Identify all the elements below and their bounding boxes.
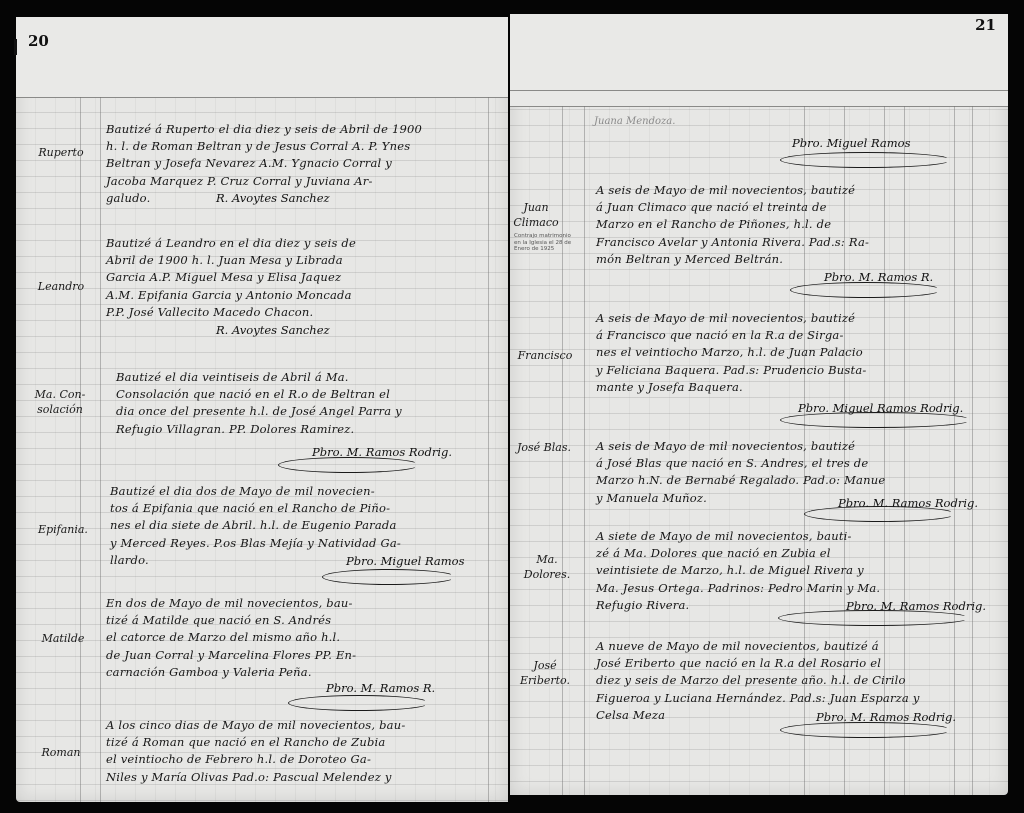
signature-flourish bbox=[278, 457, 420, 473]
entry-line: diez y seis de Marzo del presente año. h… bbox=[596, 672, 920, 689]
entry-line: Figueroa y Luciana Hernández. Pad.s: Jua… bbox=[596, 690, 920, 707]
entry-line: A seis de Mayo de mil novecientos, bauti… bbox=[596, 310, 866, 327]
entry-margin-name: Epifania. bbox=[26, 522, 100, 537]
entry-line: Refugio Villagran. PP. Dolores Ramirez. bbox=[116, 421, 402, 438]
signature-flourish bbox=[804, 506, 956, 522]
entry-line: P.P. José Vallecito Macedo Chacon. bbox=[106, 304, 356, 321]
entry-line: tizé á Matilde que nació en S. Andrés bbox=[106, 612, 356, 629]
signature-flourish bbox=[780, 722, 952, 738]
entry-line: Marzo en el Rancho de Piñones, h.l. de bbox=[596, 216, 869, 233]
entry-line: A seis de Mayo de mil novecientos, bauti… bbox=[596, 438, 885, 455]
entry-line: de Juan Corral y Marcelina Flores PP. En… bbox=[106, 647, 356, 664]
margin-rule bbox=[100, 97, 101, 802]
entry-line: A nueve de Mayo de mil novecientos, baut… bbox=[596, 638, 920, 655]
entry-line: nes el veintiocho Marzo, h.l. de Juan Pa… bbox=[596, 344, 866, 361]
left-page-header bbox=[16, 17, 508, 97]
entry-margin-name: José Eriberto. bbox=[512, 658, 578, 688]
signature-flourish bbox=[780, 152, 952, 168]
entry-line: A seis de Mayo de mil novecientos, bauti… bbox=[596, 182, 869, 199]
entry-line: el catorce de Marzo del mismo año h.l. bbox=[106, 629, 356, 646]
entry-line: zé á Ma. Dolores que nació en Zubia el bbox=[596, 545, 880, 562]
priest-signature: Pbro. Miguel Ramos bbox=[346, 554, 465, 568]
entry-line: Beltran y Josefa Nevarez A.M. Ygnacio Co… bbox=[106, 155, 422, 172]
entry-margin-name: Juan Climaco bbox=[510, 200, 562, 230]
entry-body: A seis de Mayo de mil novecientos, bauti… bbox=[596, 182, 869, 268]
entry-line: A siete de Mayo de mil novecientos, baut… bbox=[596, 528, 880, 545]
signature-flourish bbox=[790, 282, 942, 298]
entry-margin-name: Roman bbox=[26, 745, 96, 760]
page-edge-mark bbox=[14, 39, 17, 55]
entry-line: A los cinco dias de Mayo de mil novecien… bbox=[106, 717, 405, 734]
entry-line: Ma. Jesus Ortega. Padrinos: Pedro Marin … bbox=[596, 580, 880, 597]
entry-line: Garcia A.P. Miguel Mesa y Elisa Jaquez bbox=[106, 269, 356, 286]
entry-margin-name: Ma. Con-solación bbox=[24, 387, 96, 417]
entry-line: veintisiete de Marzo, h.l. de Miguel Riv… bbox=[596, 562, 880, 579]
entry-body: A siete de Mayo de mil novecientos, baut… bbox=[596, 528, 880, 614]
carryover-signature: Pbro. Miguel Ramos bbox=[792, 136, 911, 150]
entry-line: tizé á Roman que nació en el Rancho de Z… bbox=[106, 734, 405, 751]
entry-line: y Merced Reyes. P.os Blas Mejía y Nativi… bbox=[110, 535, 401, 552]
signature-flourish bbox=[288, 695, 430, 711]
entry-line: Bautizé el dia dos de Mayo de mil noveci… bbox=[110, 483, 401, 500]
entry-line: á Francisco que nació en la R.a de Sirga… bbox=[596, 327, 866, 344]
entry-line: mante y Josefa Baquera. bbox=[596, 379, 866, 396]
entry-margin-name: Leandro bbox=[26, 279, 96, 294]
entry-line: Bautizé el dia veintiseis de Abril á Ma. bbox=[116, 369, 402, 386]
entry-line: y Feliciana Baquera. Pad.s: Prudencio Bu… bbox=[596, 362, 866, 379]
entry-line: Bautizé á Leandro en el dia diez y seis … bbox=[106, 235, 356, 252]
entry-line: Consolación que nació en el R.o de Beltr… bbox=[116, 386, 402, 403]
entry-margin-name: Ruperto bbox=[26, 145, 96, 160]
entry-line: el veintiocho de Febrero h.l. de Doroteo… bbox=[106, 751, 405, 768]
entry-body: Bautizé el dia veintiseis de Abril á Ma.… bbox=[116, 369, 402, 438]
entry-line: Niles y María Olivas Pad.o: Pascual Mele… bbox=[106, 769, 405, 786]
signature-flourish bbox=[322, 569, 456, 585]
left-page: 20 Ruperto Bautizé á Ruperto el dia diez… bbox=[16, 17, 508, 802]
entry-line: h. l. de Roman Beltran y de Jesus Corral… bbox=[106, 138, 422, 155]
priest-signature: R. Avoytes Sanchez bbox=[216, 191, 330, 205]
carryover-line: Juana Mendoza. bbox=[594, 116, 675, 127]
amount-column-rule bbox=[954, 106, 955, 795]
entry-body: Bautizé á Leandro en el dia diez y seis … bbox=[106, 235, 356, 321]
signature-flourish bbox=[778, 610, 970, 626]
marriage-annotation: Contrajo matrimonio en la Iglesia el 28 … bbox=[514, 233, 574, 253]
entry-line: Bautizé á Ruperto el dia diez y seis de … bbox=[106, 121, 422, 138]
header-rule bbox=[510, 90, 1008, 91]
header-rule bbox=[16, 97, 508, 98]
amount-column-rule bbox=[972, 106, 973, 795]
entry-line: Abril de 1900 h. l. Juan Mesa y Librada bbox=[106, 252, 356, 269]
entry-line: En dos de Mayo de mil novecientos, bau- bbox=[106, 595, 356, 612]
entry-margin-name: Matilde bbox=[28, 631, 98, 646]
entry-line: A.M. Epifania Garcia y Antonio Moncada bbox=[106, 287, 356, 304]
entry-line: tos á Epifania que nació en el Rancho de… bbox=[110, 500, 401, 517]
entry-line: José Eriberto que nació en la R.a del Ro… bbox=[596, 655, 920, 672]
entry-body: A los cinco dias de Mayo de mil novecien… bbox=[106, 717, 405, 786]
entry-line: carnación Gamboa y Valeria Peña. bbox=[106, 664, 356, 681]
entry-line: nes el dia siete de Abril. h.l. de Eugen… bbox=[110, 517, 401, 534]
entry-margin-name: José Blas. bbox=[514, 440, 574, 455]
right-column-rule bbox=[488, 97, 489, 802]
entry-line: Marzo h.N. de Bernabé Regalado. Pad.o: M… bbox=[596, 472, 885, 489]
signature-flourish bbox=[780, 412, 972, 428]
entry-margin-name: Francisco bbox=[510, 348, 580, 363]
entry-line: á José Blas que nació en S. Andres, el t… bbox=[596, 455, 885, 472]
right-page-header bbox=[510, 14, 1008, 106]
entry-line: dia once del presente h.l. de José Angel… bbox=[116, 403, 402, 420]
priest-signature: R. Avoytes Sanchez bbox=[216, 323, 330, 337]
entry-body: En dos de Mayo de mil novecientos, bau- … bbox=[106, 595, 356, 681]
left-page-number: 20 bbox=[28, 32, 49, 50]
entry-line: Francisco Avelar y Antonia Rivera. Pad.s… bbox=[596, 234, 869, 251]
entry-margin-name: Ma. Dolores. bbox=[514, 552, 580, 582]
entry-line: á Juan Climaco que nació el treinta de bbox=[596, 199, 869, 216]
margin-rule bbox=[584, 106, 585, 795]
entry-line: Jacoba Marquez P. Cruz Corral y Juviana … bbox=[106, 173, 422, 190]
column-rule bbox=[80, 97, 81, 802]
entry-body: A seis de Mayo de mil novecientos, bauti… bbox=[596, 310, 866, 396]
right-page-number: 21 bbox=[975, 16, 996, 34]
priest-signature: Pbro. M. Ramos R. bbox=[326, 681, 435, 695]
right-page: 21 Juana Mendoza. Pbro. Miguel Ramos Jua… bbox=[510, 14, 1008, 795]
entry-line: món Beltran y Merced Beltrán. bbox=[596, 251, 869, 268]
